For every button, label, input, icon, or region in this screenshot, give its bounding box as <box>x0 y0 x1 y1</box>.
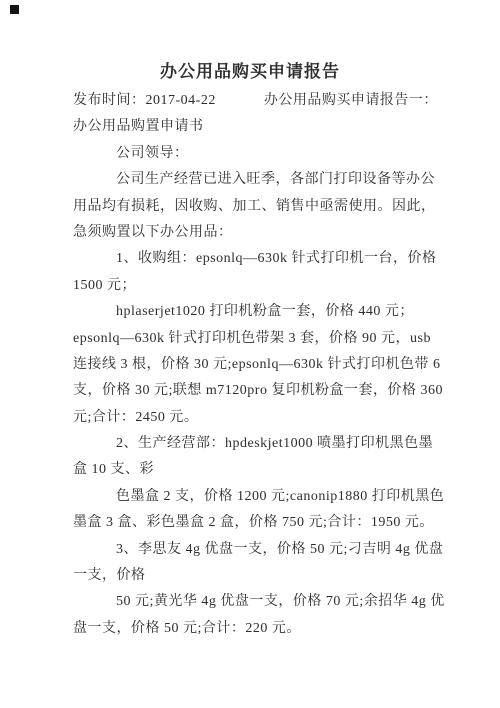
document-line: 公司领导： <box>73 141 463 167</box>
document-line: 50 元;黄光华 4g 优盘一支，价格 70 元;余招华 4g 优 <box>73 589 463 615</box>
document-line: hplaserjet1020 打印机粉盒一套，价格 440 元； <box>73 299 463 325</box>
meta-line: 发布时间：2017-04-22办公用品购买申请报告一： <box>73 88 463 114</box>
publish-date: 2017-04-22 <box>146 93 216 108</box>
document-line: 连接线 3 根，价格 30 元;epsonlq—630k 针式打印机色带 6 <box>73 352 463 378</box>
publish-time-label: 发布时间： <box>73 93 146 108</box>
document-line: 3、李思友 4g 优盘一支，价格 50 元;刁吉明 4g 优盘 <box>73 537 463 563</box>
section-heading: 办公用品购买申请报告一： <box>264 93 438 108</box>
document-line: 盒 10 支、彩 <box>73 457 463 483</box>
page-title: 办公用品购买申请报告 <box>0 58 500 86</box>
document-body: 办公用品购置申请书公司领导：公司生产经营已进入旺季，各部门打印设备等办公用品均有… <box>73 114 463 642</box>
document-line: 1、收购组：epsonlq—630k 针式打印机一台，价格 <box>73 246 463 272</box>
document-line: 用品均有损耗，因收购、加工、销售中亟需使用。因此， <box>73 194 463 220</box>
document-line: 支，价格 30 元;联想 m7120pro 复印机粉盒一套，价格 360 <box>73 378 463 404</box>
document-line: 2、生产经营部：hpdeskjet1000 喷墨打印机黑色墨 <box>73 431 463 457</box>
document-line: epsonlq—630k 针式打印机色带架 3 套，价格 90 元，usb <box>73 326 463 352</box>
document-line: 盘一支，价格 50 元;合计：220 元。 <box>73 616 463 642</box>
document-line: 色墨盒 2 支，价格 1200 元;canonip1880 打印机黑色 <box>73 484 463 510</box>
corner-mark-icon <box>10 5 19 14</box>
document-line: 一支，价格 <box>73 563 463 589</box>
document-line: 急须购置以下办公用品： <box>73 220 463 246</box>
document-line: 墨盒 3 盒、彩色墨盒 2 盒，价格 750 元;合计：1950 元。 <box>73 510 463 536</box>
document-line: 办公用品购置申请书 <box>73 114 463 140</box>
document-body-wrapper: 发布时间：2017-04-22办公用品购买申请报告一： 办公用品购置申请书公司领… <box>73 88 463 642</box>
document-page: 办公用品购买申请报告 发布时间：2017-04-22办公用品购买申请报告一： 办… <box>0 0 500 708</box>
document-line: 元;合计：2450 元。 <box>73 405 463 431</box>
document-line: 1500 元； <box>73 273 463 299</box>
document-line: 公司生产经营已进入旺季，各部门打印设备等办公 <box>73 167 463 193</box>
